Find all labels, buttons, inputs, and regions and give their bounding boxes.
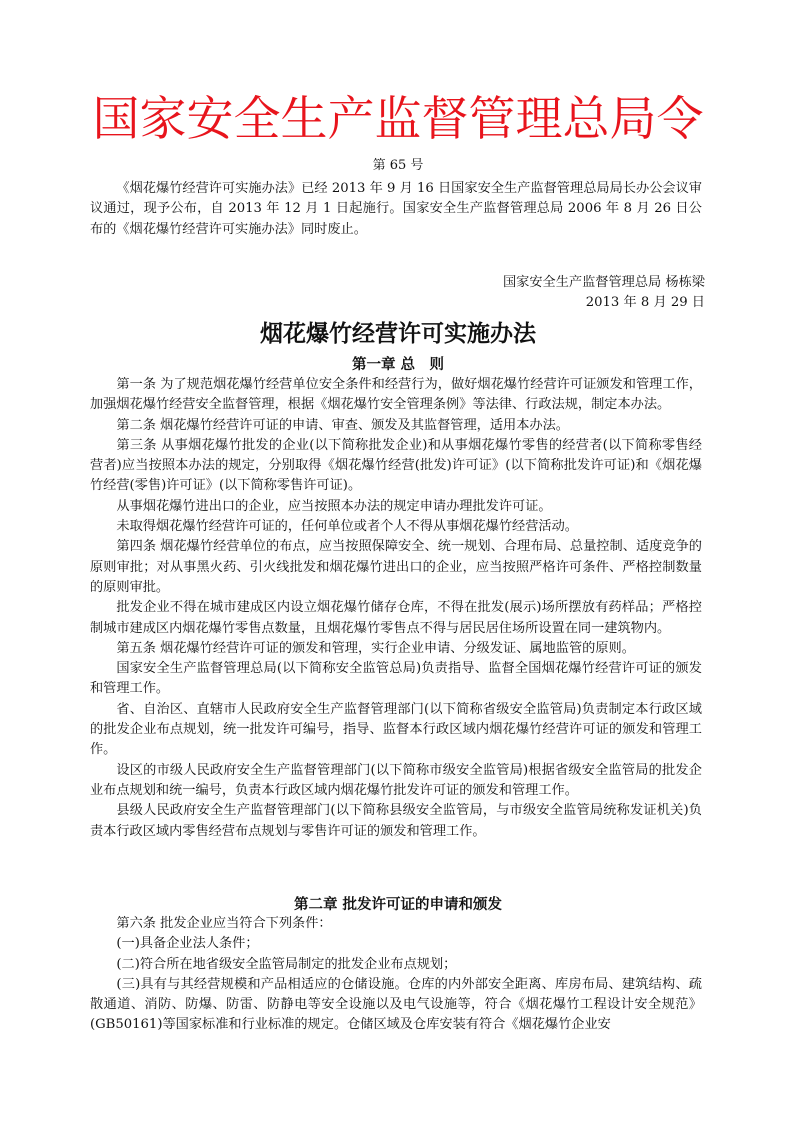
article-paragraph: 批发企业不得在城市建成区内设立烟花爆竹储存仓库，不得在批发(展示)场所摆放有药样… (90, 598, 702, 639)
article-paragraph: 国家安全生产监督管理总局(以下简称安全监管总局)负责指导、监督全国烟花爆竹经营许… (90, 659, 702, 700)
document-title: 烟花爆竹经营许可实施办法 (88, 318, 708, 350)
signature-date: 2013 年 8 月 29 日 (420, 293, 705, 313)
article-paragraph: 第五条 烟花爆竹经营许可证的颁发和管理，实行企业申请、分级发证、属地监管的原则。 (90, 639, 702, 659)
article-paragraph: (三)具有与其经营规模和产品相适应的仓储设施。仓库的内外部安全距离、库房布局、建… (90, 975, 702, 1036)
decree-title: 国家安全生产监督管理总局令 (88, 92, 708, 148)
signature-organization: 国家安全生产监督管理总局 杨栋梁 (420, 273, 705, 293)
chapter-body: 第六条 批发企业应当符合下列条件： (一)具备企业法人条件； (二)符合所在地省… (90, 914, 702, 1036)
intro-paragraph: 《烟花爆竹经营许可实施办法》已经 2013 年 9 月 16 日国家安全生产监督… (90, 179, 702, 240)
article-paragraph: 第二条 烟花爆竹经营许可证的申请、审查、颁发及其监督管理，适用本办法。 (90, 416, 702, 436)
article-paragraph: 设区的市级人民政府安全生产监督管理部门(以下简称市级安全监管局)根据省级安全监管… (90, 761, 702, 802)
article-paragraph: (二)符合所在地省级安全监管局制定的批发企业布点规划； (90, 955, 702, 975)
article-paragraph: 第四条 烟花爆竹经营单位的布点，应当按照保障安全、统一规划、合理布局、总量控制、… (90, 537, 702, 598)
article-paragraph: 从事烟花爆竹进出口的企业，应当按照本办法的规定申请办理批发许可证。 (90, 497, 702, 517)
chapter-heading: 第一章 总 则 (88, 355, 708, 375)
article-paragraph: 第六条 批发企业应当符合下列条件： (90, 914, 702, 934)
article-paragraph: (一)具备企业法人条件； (90, 934, 702, 954)
article-paragraph: 省、自治区、直辖市人民政府安全生产监督管理部门(以下简称省级安全监管局)负责制定… (90, 700, 702, 761)
chapter-heading: 第二章 批发许可证的申请和颁发 (88, 895, 708, 915)
intro-section: 《烟花爆竹经营许可实施办法》已经 2013 年 9 月 16 日国家安全生产监督… (90, 179, 702, 240)
article-paragraph: 未取得烟花爆竹经营许可证的，任何单位或者个人不得从事烟花爆竹经营活动。 (90, 517, 702, 537)
article-paragraph: 第三条 从事烟花爆竹批发的企业(以下简称批发企业)和从事烟花爆竹零售的经营者(以… (90, 436, 702, 497)
chapter-body: 第一条 为了规范烟花爆竹经营单位安全条件和经营行为，做好烟花爆竹经营许可证颁发和… (90, 375, 702, 842)
article-paragraph: 第一条 为了规范烟花爆竹经营单位安全条件和经营行为，做好烟花爆竹经营许可证颁发和… (90, 375, 702, 416)
article-paragraph: 县级人民政府安全生产监督管理部门(以下简称县级安全监管局，与市级安全监管局统称发… (90, 801, 702, 842)
document-page: 国家安全生产监督管理总局令 第 65 号 《烟花爆竹经营许可实施办法》已经 20… (0, 0, 793, 1122)
decree-number: 第 65 号 (88, 157, 708, 175)
